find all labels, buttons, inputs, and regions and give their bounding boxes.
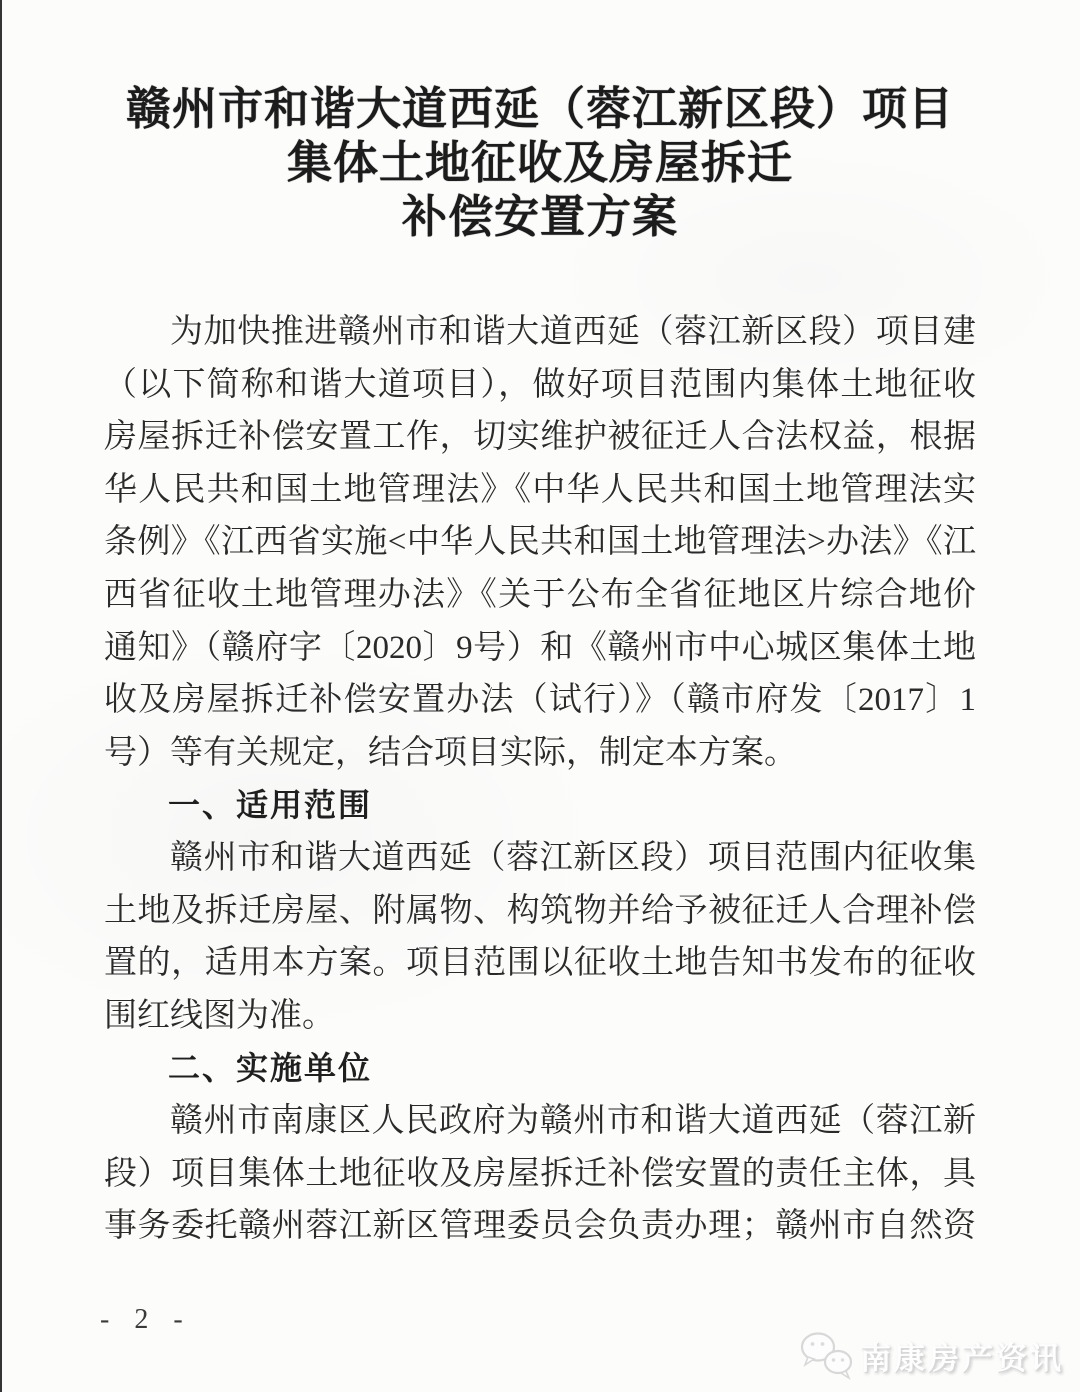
- document-title: 赣州市和谐大道西延（蓉江新区段）项目 集体土地征收及房屋拆迁 补偿安置方案: [0, 82, 1080, 244]
- text-line: 西省征收土地管理办法》《关于公布全省征地区片综合地价的: [104, 569, 976, 622]
- text-line: 号）等有关规定，结合项目实际，制定本方案。: [104, 727, 976, 780]
- text-line: 收及房屋拆迁补偿安置办法（试行）》（赣市府发〔2017〕1: [104, 674, 976, 727]
- watermark: 南康房产资讯: [798, 1330, 1064, 1380]
- title-line-3: 补偿安置方案: [0, 190, 1080, 244]
- page-number: - 2 -: [100, 1304, 192, 1336]
- scanned-document-page: 赣州市和谐大道西延（蓉江新区段）项目 集体土地征收及房屋拆迁 补偿安置方案 为加…: [0, 0, 1080, 1392]
- watermark-text: 南康房产资讯: [860, 1333, 1064, 1378]
- text-line: 土地及拆迁房屋、附属物、构筑物并给予被征迁人合理补偿安: [104, 885, 976, 938]
- section-heading: 二、实施单位: [104, 1042, 976, 1095]
- wechat-bubbles-icon: [798, 1330, 856, 1380]
- text-line: 通知》（赣府字〔2020〕9号）和《赣州市中心城区集体土地征: [104, 622, 976, 675]
- title-line-1: 赣州市和谐大道西延（蓉江新区段）项目: [0, 82, 1080, 136]
- text-line: 华人民共和国土地管理法》《中华人民共和国土地管理法实施: [104, 464, 976, 517]
- text-line: 事务委托赣州蓉江新区管理委员会负责办理；赣州市自然资源: [104, 1200, 976, 1253]
- title-line-2: 集体土地征收及房屋拆迁: [0, 136, 1080, 190]
- text-line: （以下简称和谐大道项目），做好项目范围内集体土地征收及: [104, 359, 976, 412]
- text-line: 围红线图为准。: [104, 990, 976, 1043]
- text-line: 房屋拆迁补偿安置工作，切实维护被征迁人合法权益，根据《中: [104, 411, 976, 464]
- section-heading: 一、适用范围: [104, 779, 976, 832]
- text-line: 段）项目集体土地征收及房屋拆迁补偿安置的责任主体，具体: [104, 1148, 976, 1201]
- text-line: 赣州市和谐大道西延（蓉江新区段）项目范围内征收集体: [104, 832, 976, 885]
- text-line: 置的，适用本方案。项目范围以征收土地告知书发布的征收范: [104, 937, 976, 990]
- text-line: 赣州市南康区人民政府为赣州市和谐大道西延（蓉江新区: [104, 1095, 976, 1148]
- text-line: 条例》《江西省实施<中华人民共和国土地管理法>办法》《江: [104, 516, 976, 569]
- document-body: 为加快推进赣州市和谐大道西延（蓉江新区段）项目建设（以下简称和谐大道项目），做好…: [104, 306, 976, 1253]
- text-line: 为加快推进赣州市和谐大道西延（蓉江新区段）项目建设: [104, 306, 976, 359]
